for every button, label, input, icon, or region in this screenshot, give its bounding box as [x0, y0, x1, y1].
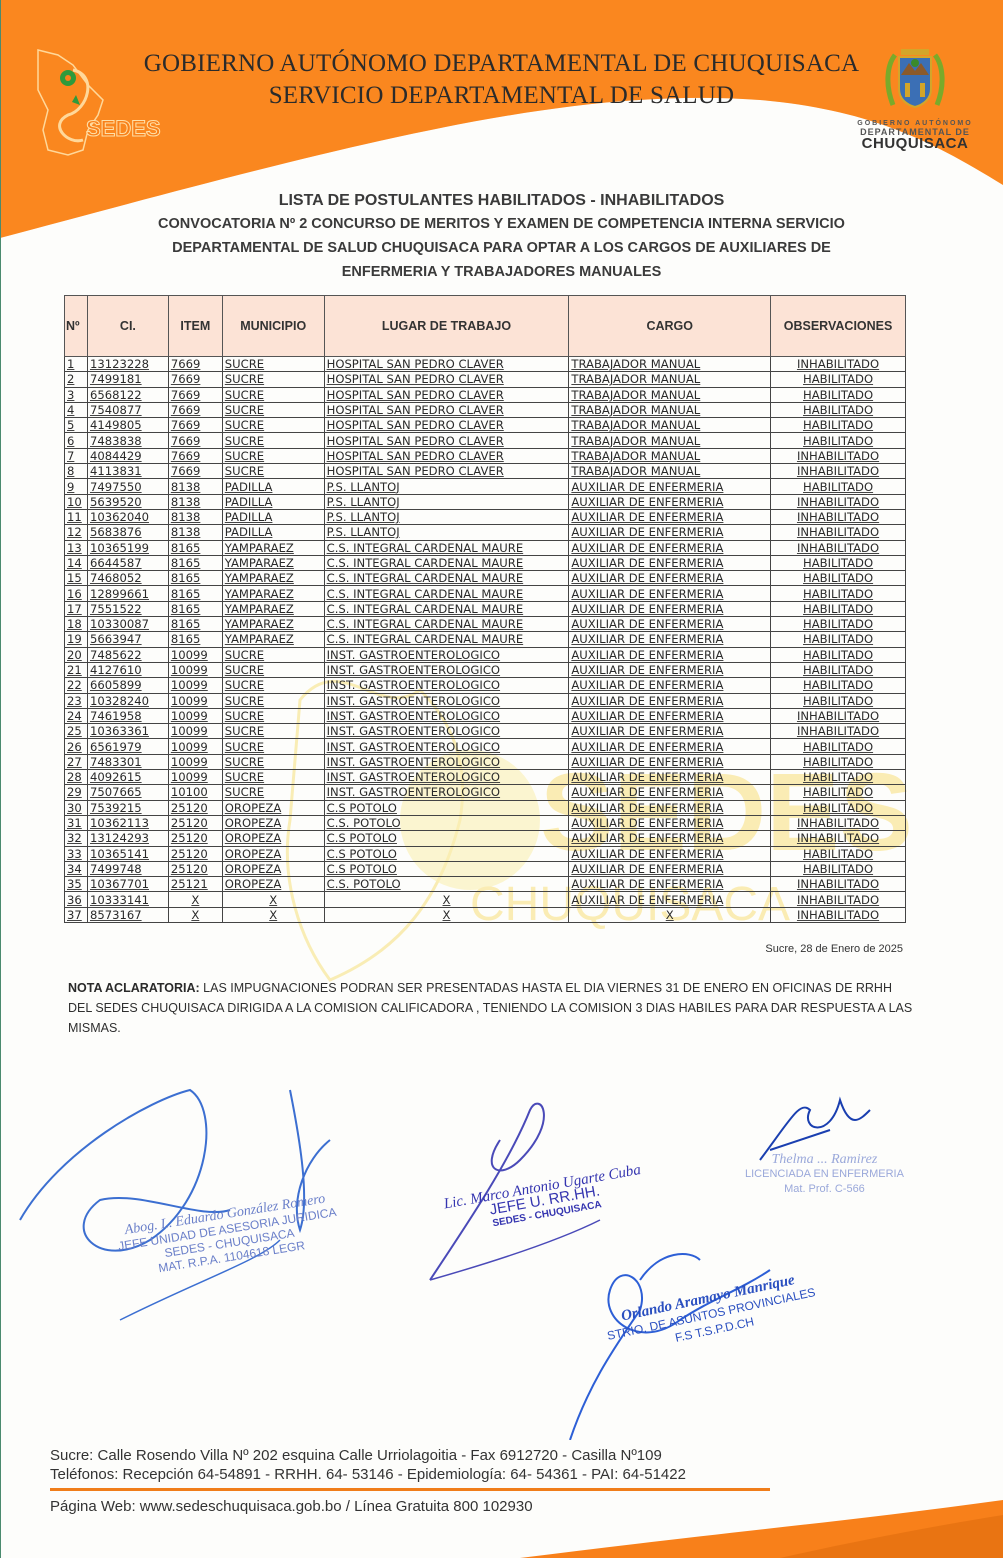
table-cell: 29	[65, 785, 88, 800]
table-row: 22660589910099SUCREINST. GASTROENTEROLOG…	[65, 678, 906, 693]
table-row: 365681227669SUCREHOSPITAL SAN PEDRO CLAV…	[65, 387, 906, 402]
chuquisaca-logo: GOBIERNO AUTÓNOMO DEPARTAMENTAL DE CHUQU…	[840, 45, 990, 165]
table-cell: P.S. LLANTOJ	[324, 509, 569, 524]
table-row: 1956639478165YAMPARAEZC.S. INTEGRAL CARD…	[65, 632, 906, 647]
column-header: ITEM	[168, 296, 222, 357]
table-header-row: NºCI.ITEMMUNICIPIOLUGAR DE TRABAJOCARGOO…	[65, 296, 906, 357]
table-cell: 32	[65, 831, 88, 846]
table-cell: 7551522	[87, 601, 168, 616]
table-cell: 8138	[168, 509, 222, 524]
table-row: 378573167XXXXINHABILITADO	[65, 907, 906, 922]
table-cell: C.S. INTEGRAL CARDENAL MAURE	[324, 571, 569, 586]
column-header: CARGO	[569, 296, 771, 357]
table-row: 27748330110099SUCREINST. GASTROENTEROLOG…	[65, 754, 906, 769]
table-cell: 10333141	[87, 892, 168, 907]
table-cell: X	[324, 907, 569, 922]
table-cell: 3	[65, 387, 88, 402]
table-body: 1131232287669SUCREHOSPITAL SAN PEDRO CLA…	[65, 357, 906, 923]
table-cell: INST. GASTROENTEROLOGICO	[324, 647, 569, 662]
table-cell: C.S. INTEGRAL CARDENAL MAURE	[324, 540, 569, 555]
table-row: 34749974825120OROPEZAC.S POTOLOAUXILIAR …	[65, 861, 906, 876]
table-cell: 8165	[168, 540, 222, 555]
table-cell: 6605899	[87, 678, 168, 693]
table-cell: C.S. INTEGRAL CARDENAL MAURE	[324, 555, 569, 570]
table-cell: SUCRE	[222, 402, 324, 417]
column-header: OBSERVACIONES	[771, 296, 906, 357]
clarifying-note: NOTA ACLARATORIA: LAS IMPUGNACIONES PODR…	[68, 978, 918, 1038]
table-cell: 10362113	[87, 815, 168, 830]
table-cell: 7483838	[87, 433, 168, 448]
table-cell: 6568122	[87, 387, 168, 402]
table-cell: HABILITADO	[771, 770, 906, 785]
table-cell: 12899661	[87, 586, 168, 601]
table-cell: INHABILITADO	[771, 540, 906, 555]
table-cell: 28	[65, 770, 88, 785]
table-cell: SUCRE	[222, 785, 324, 800]
table-cell: TRABAJADOR MANUAL	[569, 402, 771, 417]
table-cell: YAMPARAEZ	[222, 555, 324, 570]
table-cell: 4084429	[87, 448, 168, 463]
table-cell: 16	[65, 586, 88, 601]
table-row: 26656197910099SUCREINST. GASTROENTEROLOG…	[65, 739, 906, 754]
table-cell: HABILITADO	[771, 433, 906, 448]
table-cell: 10099	[168, 708, 222, 723]
table-cell: 35	[65, 877, 88, 892]
table-cell: OROPEZA	[222, 846, 324, 861]
table-cell: AUXILIAR DE ENFERMERIA	[569, 571, 771, 586]
table-cell: HABILITADO	[771, 586, 906, 601]
table-cell: C.S. INTEGRAL CARDENAL MAURE	[324, 632, 569, 647]
table-cell: TRABAJADOR MANUAL	[569, 357, 771, 372]
table-cell: 6561979	[87, 739, 168, 754]
note-label: NOTA ACLARATORIA:	[68, 981, 200, 995]
table-cell: SUCRE	[222, 708, 324, 723]
table-cell: AUXILIAR DE ENFERMERIA	[569, 632, 771, 647]
table-cell: AUXILIAR DE ENFERMERIA	[569, 815, 771, 830]
table-row: 18103300878165YAMPARAEZC.S. INTEGRAL CAR…	[65, 617, 906, 632]
table-cell: SUCRE	[222, 647, 324, 662]
table-cell: TRABAJADOR MANUAL	[569, 387, 771, 402]
table-cell: PADILLA	[222, 479, 324, 494]
table-cell: YAMPARAEZ	[222, 540, 324, 555]
table-cell: AUXILIAR DE ENFERMERIA	[569, 770, 771, 785]
table-cell: SUCRE	[222, 387, 324, 402]
table-cell: 4092615	[87, 770, 168, 785]
table-cell: TRABAJADOR MANUAL	[569, 372, 771, 387]
table-cell: HOSPITAL SAN PEDRO CLAVER	[324, 448, 569, 463]
table-cell: HABILITADO	[771, 754, 906, 769]
table-cell: SUCRE	[222, 433, 324, 448]
table-row: 1466445878165YAMPARAEZC.S. INTEGRAL CARD…	[65, 555, 906, 570]
table-cell: 10365199	[87, 540, 168, 555]
table-row: 321312429325120OROPEZAC.S POTOLOAUXILIAR…	[65, 831, 906, 846]
table-cell: 15	[65, 571, 88, 586]
signature-block-3: Thelma ... Ramirez LICENCIADA EN ENFERME…	[745, 1152, 904, 1197]
table-row: 21412761010099SUCREINST. GASTROENTEROLOG…	[65, 662, 906, 677]
table-cell: SUCRE	[222, 448, 324, 463]
table-cell: 17	[65, 601, 88, 616]
table-cell: 8138	[168, 494, 222, 509]
table-row: 13103651998165YAMPARAEZC.S. INTEGRAL CAR…	[65, 540, 906, 555]
table-row: 541498057669SUCREHOSPITAL SAN PEDRO CLAV…	[65, 418, 906, 433]
table-cell: HABILITADO	[771, 647, 906, 662]
table-row: 1131232287669SUCREHOSPITAL SAN PEDRO CLA…	[65, 357, 906, 372]
table-cell: AUXILIAR DE ENFERMERIA	[569, 800, 771, 815]
table-cell: C.S. INTEGRAL CARDENAL MAURE	[324, 586, 569, 601]
table-row: 331036514125120OROPEZAC.S POTOLOAUXILIAR…	[65, 846, 906, 861]
table-row: 11103620408138PADILLAP.S. LLANTOJAUXILIA…	[65, 509, 906, 524]
table-cell: 19	[65, 632, 88, 647]
table-row: 1256838768138PADILLAP.S. LLANTOJAUXILIAR…	[65, 525, 906, 540]
table-cell: 10099	[168, 770, 222, 785]
signature-3-title: LICENCIADA EN ENFERMERIA	[745, 1167, 904, 1182]
table-row: 475408777669SUCREHOSPITAL SAN PEDRO CLAV…	[65, 402, 906, 417]
table-cell: 25120	[168, 800, 222, 815]
table-cell: AUXILIAR DE ENFERMERIA	[569, 479, 771, 494]
table-cell: 9	[65, 479, 88, 494]
table-cell: 7539215	[87, 800, 168, 815]
table-cell: HABILITADO	[771, 678, 906, 693]
table-cell: C.S POTOLO	[324, 846, 569, 861]
footer: Sucre: Calle Rosendo Villa Nº 202 esquin…	[50, 1446, 770, 1516]
document-date: Sucre, 28 de Enero de 2025	[765, 943, 903, 955]
table-cell: HABILITADO	[771, 800, 906, 815]
document-title-block: LISTA DE POSTULANTES HABILITADOS - INHAB…	[0, 190, 1003, 284]
column-header: Nº	[65, 296, 88, 357]
table-row: 29750766510100SUCREINST. GASTROENTEROLOG…	[65, 785, 906, 800]
table-cell: HOSPITAL SAN PEDRO CLAVER	[324, 387, 569, 402]
table-cell: PADILLA	[222, 509, 324, 524]
table-cell: AUXILIAR DE ENFERMERIA	[569, 509, 771, 524]
table-cell: HABILITADO	[771, 861, 906, 876]
table-cell: AUXILIAR DE ENFERMERIA	[569, 831, 771, 846]
table-cell: 8165	[168, 601, 222, 616]
table-cell: INST. GASTROENTEROLOGICO	[324, 770, 569, 785]
table-cell: INHABILITADO	[771, 907, 906, 922]
table-row: 3610333141XXXAUXILIAR DE ENFERMERIAINHAB…	[65, 892, 906, 907]
footer-phones: Teléfonos: Recepción 64-54891 - RRHH. 64…	[50, 1465, 770, 1484]
table-cell: 8165	[168, 586, 222, 601]
table-cell: SUCRE	[222, 770, 324, 785]
table-cell: 10362040	[87, 509, 168, 524]
table-cell: INHABILITADO	[771, 357, 906, 372]
table-cell: HABILITADO	[771, 418, 906, 433]
table-cell: 8138	[168, 525, 222, 540]
table-cell: 7669	[168, 464, 222, 479]
table-cell: 7461958	[87, 708, 168, 723]
table-cell: PADILLA	[222, 494, 324, 509]
table-row: 351036770125121OROPEZAC.S. POTOLOAUXILIA…	[65, 877, 906, 892]
table-cell: 21	[65, 662, 88, 677]
table-row: 1056395208138PADILLAP.S. LLANTOJAUXILIAR…	[65, 494, 906, 509]
table-cell: OROPEZA	[222, 861, 324, 876]
table-cell: 10099	[168, 693, 222, 708]
table-cell: 7	[65, 448, 88, 463]
column-header: LUGAR DE TRABAJO	[324, 296, 569, 357]
table-cell: 37	[65, 907, 88, 922]
table-cell: YAMPARAEZ	[222, 632, 324, 647]
table-cell: 25120	[168, 831, 222, 846]
table-cell: HABILITADO	[771, 571, 906, 586]
table-cell: TRABAJADOR MANUAL	[569, 433, 771, 448]
table-cell: C.S. POTOLO	[324, 815, 569, 830]
table-cell: 7669	[168, 372, 222, 387]
table-cell: INHABILITADO	[771, 724, 906, 739]
table-cell: C.S POTOLO	[324, 831, 569, 846]
table-cell: HABILITADO	[771, 617, 906, 632]
table-cell: C.S POTOLO	[324, 800, 569, 815]
subtitle-line2: DEPARTAMENTAL DE SALUD CHUQUISACA PARA O…	[0, 236, 1003, 260]
table-row: 251036336110099SUCREINST. GASTROENTEROLO…	[65, 724, 906, 739]
table-cell: 5	[65, 418, 88, 433]
table-cell: INST. GASTROENTEROLOGICO	[324, 754, 569, 769]
table-cell: AUXILIAR DE ENFERMERIA	[569, 647, 771, 662]
signature-3-name: Thelma ... Ramirez	[745, 1152, 904, 1167]
table-cell: 8573167	[87, 907, 168, 922]
table-cell: 7507665	[87, 785, 168, 800]
table-cell: 7669	[168, 433, 222, 448]
table-cell: HABILITADO	[771, 555, 906, 570]
table-cell: INHABILITADO	[771, 464, 906, 479]
table-cell: OROPEZA	[222, 831, 324, 846]
table-cell: INST. GASTROENTEROLOGICO	[324, 708, 569, 723]
table-cell: 7669	[168, 448, 222, 463]
coat-of-arms-icon	[885, 45, 945, 115]
table-cell: OROPEZA	[222, 877, 324, 892]
table-cell: HOSPITAL SAN PEDRO CLAVER	[324, 372, 569, 387]
table-cell: 10100	[168, 785, 222, 800]
table-cell: INHABILITADO	[771, 877, 906, 892]
table-cell: 4113831	[87, 464, 168, 479]
table-cell: 25120	[168, 861, 222, 876]
table-cell: X	[168, 892, 222, 907]
table-row: 16128996618165YAMPARAEZC.S. INTEGRAL CAR…	[65, 586, 906, 601]
table-cell: INST. GASTROENTEROLOGICO	[324, 724, 569, 739]
table-cell: 7485622	[87, 647, 168, 662]
table-cell: SUCRE	[222, 678, 324, 693]
table-cell: SUCRE	[222, 357, 324, 372]
table-cell: 25120	[168, 815, 222, 830]
table-cell: 11	[65, 509, 88, 524]
table-cell: 7483301	[87, 754, 168, 769]
table-cell: 1	[65, 357, 88, 372]
table-cell: HOSPITAL SAN PEDRO CLAVER	[324, 418, 569, 433]
table-cell: 20	[65, 647, 88, 662]
table-cell: INHABILITADO	[771, 892, 906, 907]
table-cell: 5683876	[87, 525, 168, 540]
table-cell: OROPEZA	[222, 815, 324, 830]
table-cell: HABILITADO	[771, 632, 906, 647]
table-cell: AUXILIAR DE ENFERMERIA	[569, 724, 771, 739]
table-cell: 13124293	[87, 831, 168, 846]
table-cell: SUCRE	[222, 754, 324, 769]
table-cell: INHABILITADO	[771, 815, 906, 830]
table-cell: X	[324, 892, 569, 907]
table-cell: HABILITADO	[771, 693, 906, 708]
table-row: 24746195810099SUCREINST. GASTROENTEROLOG…	[65, 708, 906, 723]
table-cell: SUCRE	[222, 372, 324, 387]
table-cell: YAMPARAEZ	[222, 601, 324, 616]
table-cell: 8165	[168, 632, 222, 647]
table-cell: AUXILIAR DE ENFERMERIA	[569, 785, 771, 800]
table-cell: TRABAJADOR MANUAL	[569, 418, 771, 433]
table-cell: 5639520	[87, 494, 168, 509]
table-cell: 13123228	[87, 357, 168, 372]
table-row: 311036211325120OROPEZAC.S. POTOLOAUXILIA…	[65, 815, 906, 830]
table-cell: 27	[65, 754, 88, 769]
footer-address: Sucre: Calle Rosendo Villa Nº 202 esquin…	[50, 1446, 770, 1465]
table-cell: P.S. LLANTOJ	[324, 525, 569, 540]
table-row: 674838387669SUCREHOSPITAL SAN PEDRO CLAV…	[65, 433, 906, 448]
column-header: CI.	[87, 296, 168, 357]
table-cell: 8165	[168, 555, 222, 570]
table-cell: AUXILIAR DE ENFERMERIA	[569, 601, 771, 616]
table-cell: 7669	[168, 402, 222, 417]
table-row: 231032824010099SUCREINST. GASTROENTEROLO…	[65, 693, 906, 708]
table-cell: AUXILIAR DE ENFERMERIA	[569, 846, 771, 861]
table-row: 841138317669SUCREHOSPITAL SAN PEDRO CLAV…	[65, 464, 906, 479]
table-cell: 30	[65, 800, 88, 815]
column-header: MUNICIPIO	[222, 296, 324, 357]
table-cell: 10099	[168, 739, 222, 754]
table-cell: HABILITADO	[771, 372, 906, 387]
table-cell: AUXILIAR DE ENFERMERIA	[569, 877, 771, 892]
table-cell: AUXILIAR DE ENFERMERIA	[569, 754, 771, 769]
table-cell: INST. GASTROENTEROLOGICO	[324, 693, 569, 708]
table-cell: 10099	[168, 647, 222, 662]
table-cell: 7669	[168, 418, 222, 433]
subtitle-line3: ENFERMERIA Y TRABAJADORES MANUALES	[0, 260, 1003, 284]
table-cell: AUXILIAR DE ENFERMERIA	[569, 555, 771, 570]
table-cell: C.S. INTEGRAL CARDENAL MAURE	[324, 617, 569, 632]
table-cell: INST. GASTROENTEROLOGICO	[324, 662, 569, 677]
table-cell: 7669	[168, 357, 222, 372]
table-cell: 7468052	[87, 571, 168, 586]
table-cell: INHABILITADO	[771, 448, 906, 463]
table-cell: X	[222, 892, 324, 907]
table-cell: INST. GASTROENTEROLOGICO	[324, 739, 569, 754]
table-cell: 8165	[168, 617, 222, 632]
table-cell: AUXILIAR DE ENFERMERIA	[569, 662, 771, 677]
table-cell: SUCRE	[222, 693, 324, 708]
table-cell: 5663947	[87, 632, 168, 647]
table-cell: HABILITADO	[771, 785, 906, 800]
table-cell: 10099	[168, 662, 222, 677]
table-cell: 10099	[168, 724, 222, 739]
table-cell: 2	[65, 372, 88, 387]
table-cell: 7499748	[87, 861, 168, 876]
table-row: 274991817669SUCREHOSPITAL SAN PEDRO CLAV…	[65, 372, 906, 387]
table-cell: 7499181	[87, 372, 168, 387]
table-row: 30753921525120OROPEZAC.S POTOLOAUXILIAR …	[65, 800, 906, 815]
table-cell: 6644587	[87, 555, 168, 570]
table-cell: 33	[65, 846, 88, 861]
table-cell: AUXILIAR DE ENFERMERIA	[569, 540, 771, 555]
table-cell: C.S. POTOLO	[324, 877, 569, 892]
table-cell: 25	[65, 724, 88, 739]
table-cell: AUXILIAR DE ENFERMERIA	[569, 586, 771, 601]
table-cell: 8165	[168, 571, 222, 586]
table-cell: AUXILIAR DE ENFERMERIA	[569, 494, 771, 509]
table-cell: HABILITADO	[771, 846, 906, 861]
table-row: 740844297669SUCREHOSPITAL SAN PEDRO CLAV…	[65, 448, 906, 463]
table-cell: 7497550	[87, 479, 168, 494]
table-cell: 36	[65, 892, 88, 907]
table-cell: 23	[65, 693, 88, 708]
table-cell: OROPEZA	[222, 800, 324, 815]
table-cell: 31	[65, 815, 88, 830]
table-cell: HOSPITAL SAN PEDRO CLAVER	[324, 433, 569, 448]
table-cell: 10363361	[87, 724, 168, 739]
table-cell: HOSPITAL SAN PEDRO CLAVER	[324, 402, 569, 417]
table-cell: 14	[65, 555, 88, 570]
table-cell: YAMPARAEZ	[222, 617, 324, 632]
table-cell: TRABAJADOR MANUAL	[569, 448, 771, 463]
table-cell: SUCRE	[222, 662, 324, 677]
table-cell: 7540877	[87, 402, 168, 417]
table-row: 1574680528165YAMPARAEZC.S. INTEGRAL CARD…	[65, 571, 906, 586]
table-cell: INHABILITADO	[771, 525, 906, 540]
table-cell: 7669	[168, 387, 222, 402]
table-row: 1775515228165YAMPARAEZC.S. INTEGRAL CARD…	[65, 601, 906, 616]
table-cell: AUXILIAR DE ENFERMERIA	[569, 678, 771, 693]
sedes-logo-text: SEDES	[86, 116, 161, 142]
table-cell: 4	[65, 402, 88, 417]
chq-logo-line3: CHUQUISACA	[840, 136, 990, 152]
table-cell: 10	[65, 494, 88, 509]
table-cell: 10099	[168, 678, 222, 693]
table-cell: HABILITADO	[771, 479, 906, 494]
subtitle-line1: CONVOCATORIA Nº 2 CONCURSO DE MERITOS Y …	[0, 212, 1003, 236]
table-cell: HOSPITAL SAN PEDRO CLAVER	[324, 464, 569, 479]
footer-divider	[50, 1488, 770, 1491]
table-cell: 10099	[168, 754, 222, 769]
document-title: LISTA DE POSTULANTES HABILITADOS - INHAB…	[0, 190, 1003, 212]
table-cell: INHABILITADO	[771, 831, 906, 846]
signature-3-registration: Mat. Prof. C-566	[745, 1182, 904, 1197]
table-cell: HABILITADO	[771, 662, 906, 677]
table-cell: SUCRE	[222, 418, 324, 433]
table-cell: X	[168, 907, 222, 922]
table-cell: 4127610	[87, 662, 168, 677]
table-cell: 10367701	[87, 877, 168, 892]
table-cell: P.S. LLANTOJ	[324, 494, 569, 509]
table-cell: HABILITADO	[771, 601, 906, 616]
table-cell: AUXILIAR DE ENFERMERIA	[569, 892, 771, 907]
table-cell: INHABILITADO	[771, 509, 906, 524]
table-row: 28409261510099SUCREINST. GASTROENTEROLOG…	[65, 770, 906, 785]
table-cell: YAMPARAEZ	[222, 571, 324, 586]
table-cell: C.S. INTEGRAL CARDENAL MAURE	[324, 601, 569, 616]
table-cell: 18	[65, 617, 88, 632]
table-cell: 25120	[168, 846, 222, 861]
table-cell: HABILITADO	[771, 402, 906, 417]
table-cell: 24	[65, 708, 88, 723]
table-cell: INHABILITADO	[771, 494, 906, 509]
table-cell: INST. GASTROENTEROLOGICO	[324, 785, 569, 800]
table-row: 974975508138PADILLAP.S. LLANTOJAUXILIAR …	[65, 479, 906, 494]
table-cell: 8	[65, 464, 88, 479]
table-cell: YAMPARAEZ	[222, 586, 324, 601]
table-cell: SUCRE	[222, 464, 324, 479]
table-cell: 34	[65, 861, 88, 876]
table-cell: AUXILIAR DE ENFERMERIA	[569, 617, 771, 632]
table-cell: 10365141	[87, 846, 168, 861]
table-cell: SUCRE	[222, 724, 324, 739]
table-cell: 25121	[168, 877, 222, 892]
table-cell: AUXILIAR DE ENFERMERIA	[569, 693, 771, 708]
table-cell: HOSPITAL SAN PEDRO CLAVER	[324, 357, 569, 372]
